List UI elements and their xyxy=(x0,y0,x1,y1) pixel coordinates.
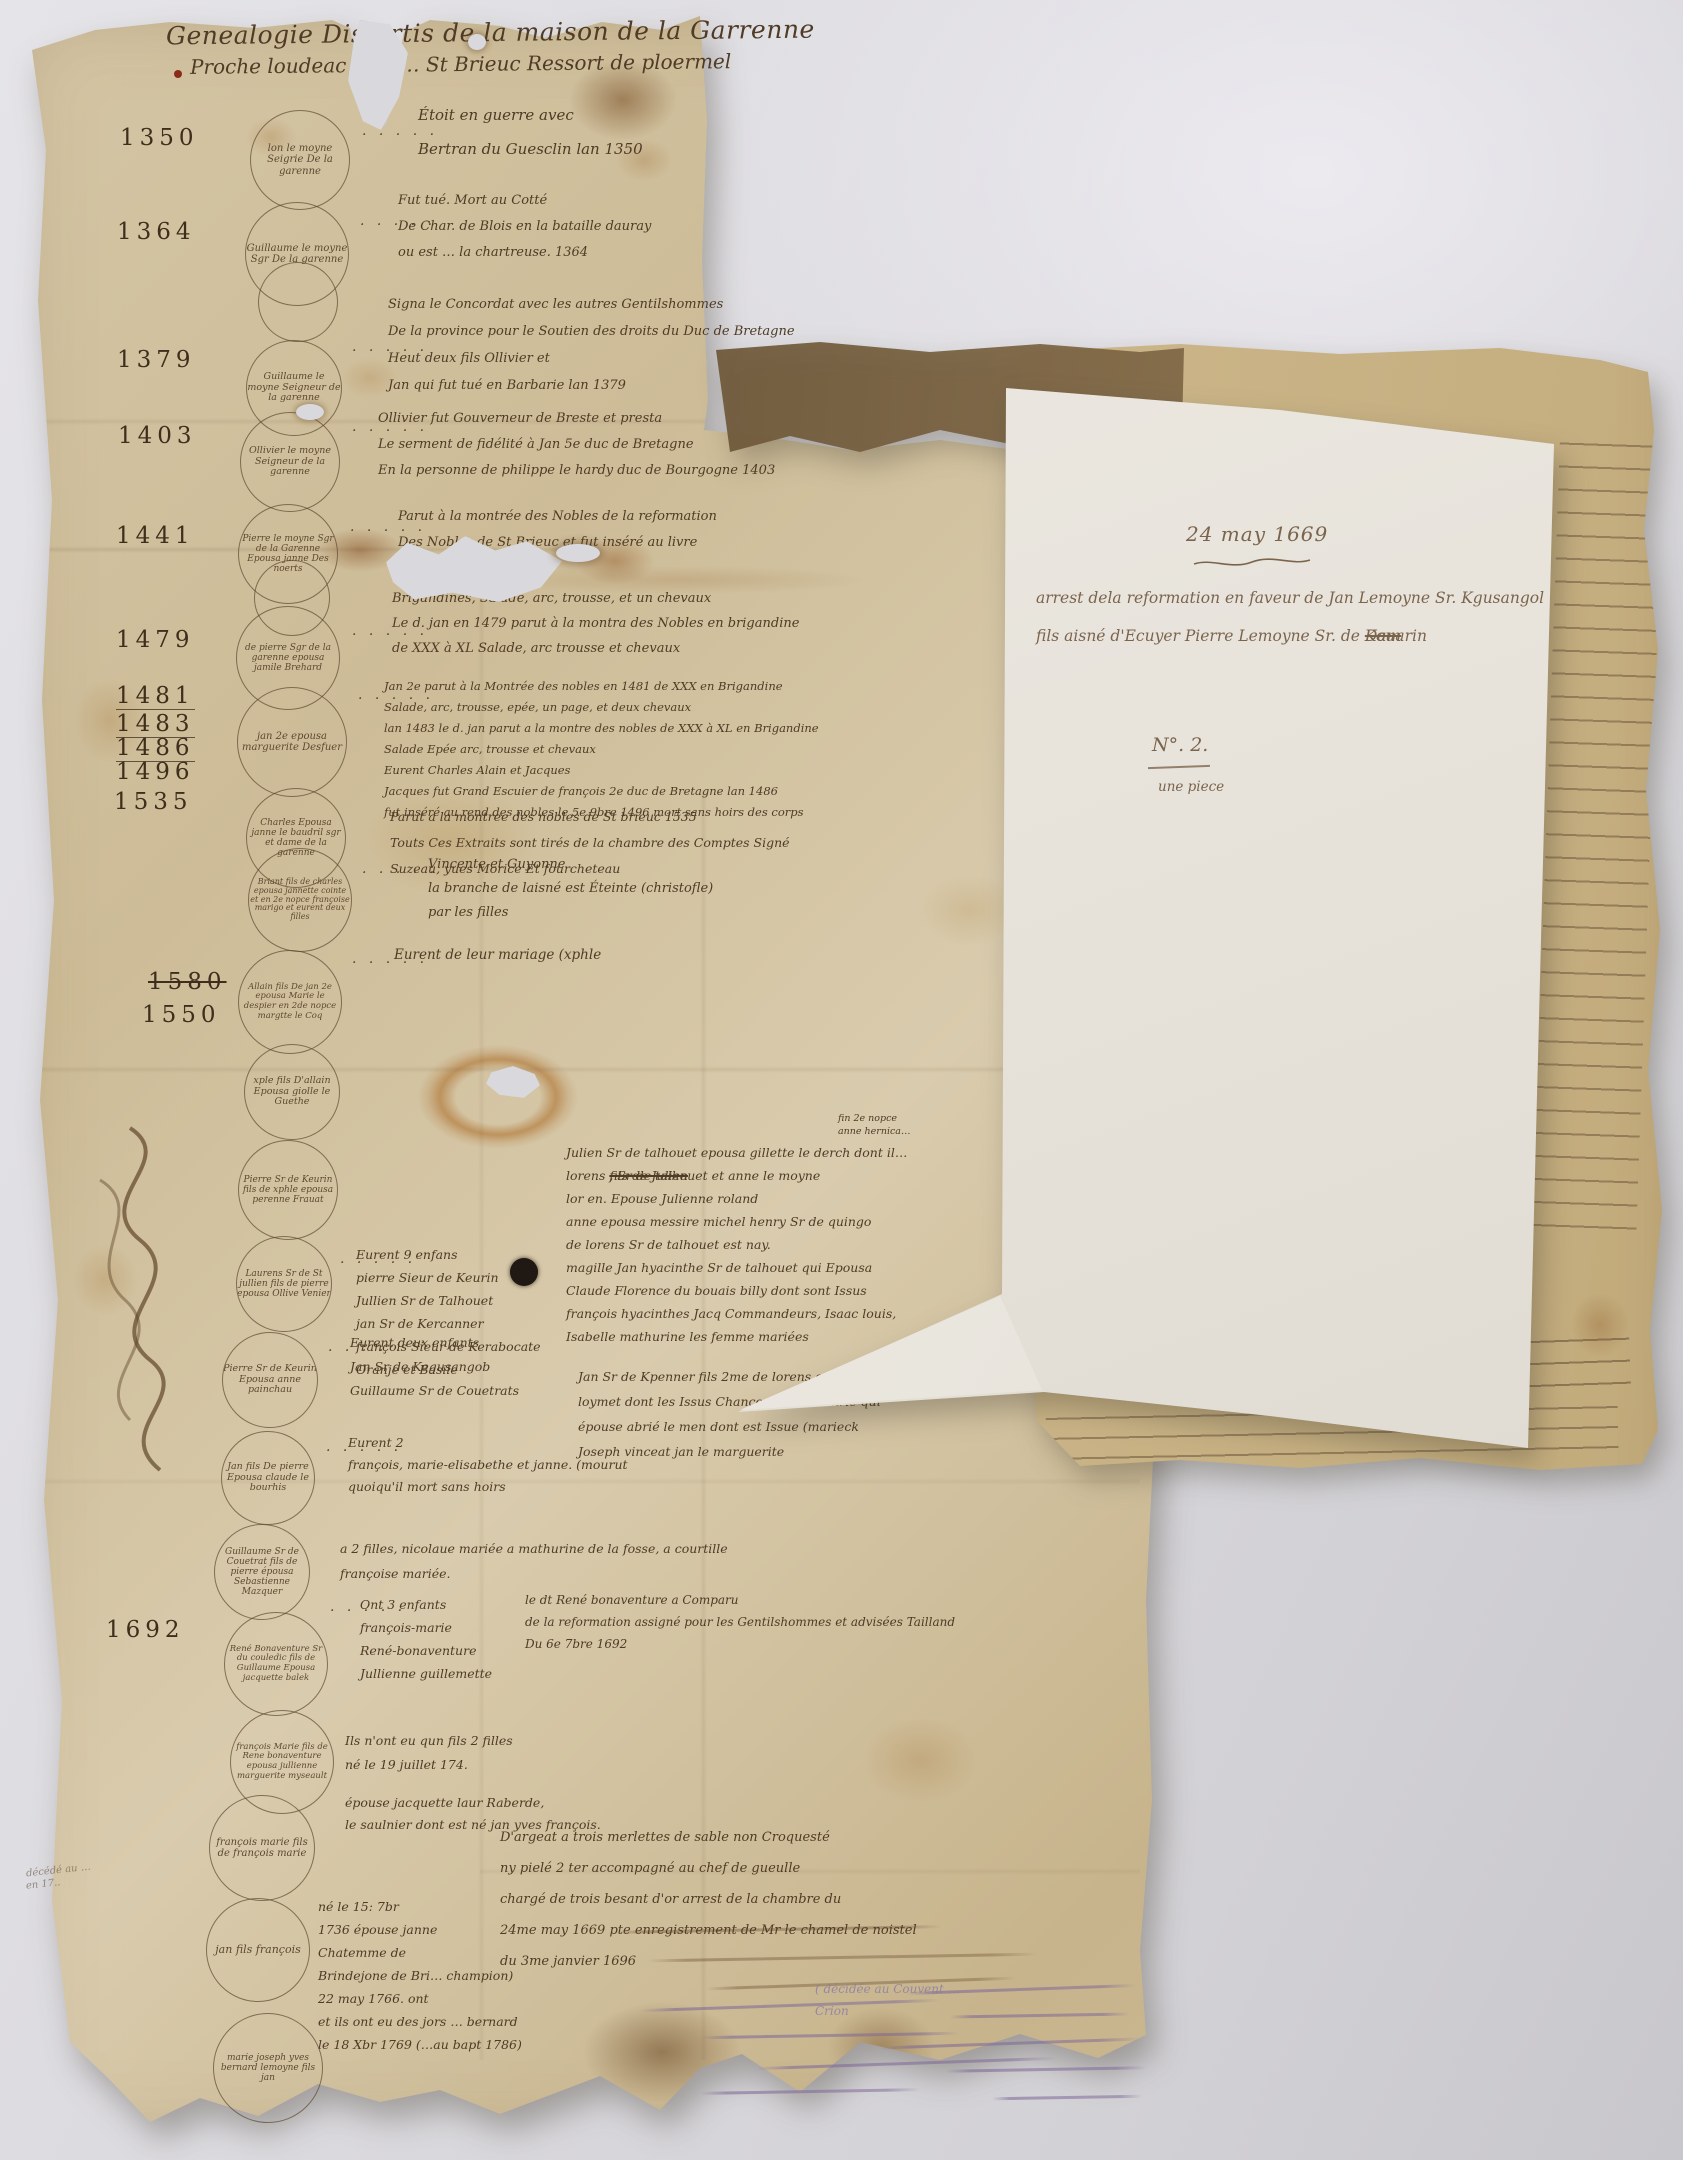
date-underline-squiggle xyxy=(1192,556,1312,570)
arret-number: N°. 2. xyxy=(1152,736,1208,756)
arret-body-line2: fils aisné d'Ecuyer Pierre Lemoyne Sr. d… xyxy=(1036,628,1427,644)
arret-body-line1: arrest dela reformation en faveur de Jan… xyxy=(1036,590,1544,606)
arret-date: 24 may 1669 xyxy=(1186,524,1328,545)
arret-note: une piece xyxy=(1158,780,1224,794)
number-underline xyxy=(1148,765,1210,769)
photo-of-documents: Genealogie Dis…rtis de la maison de la G… xyxy=(0,0,1683,2160)
arret-ink-layer: 24 may 1669 arrest dela reformation en f… xyxy=(0,0,1683,2160)
